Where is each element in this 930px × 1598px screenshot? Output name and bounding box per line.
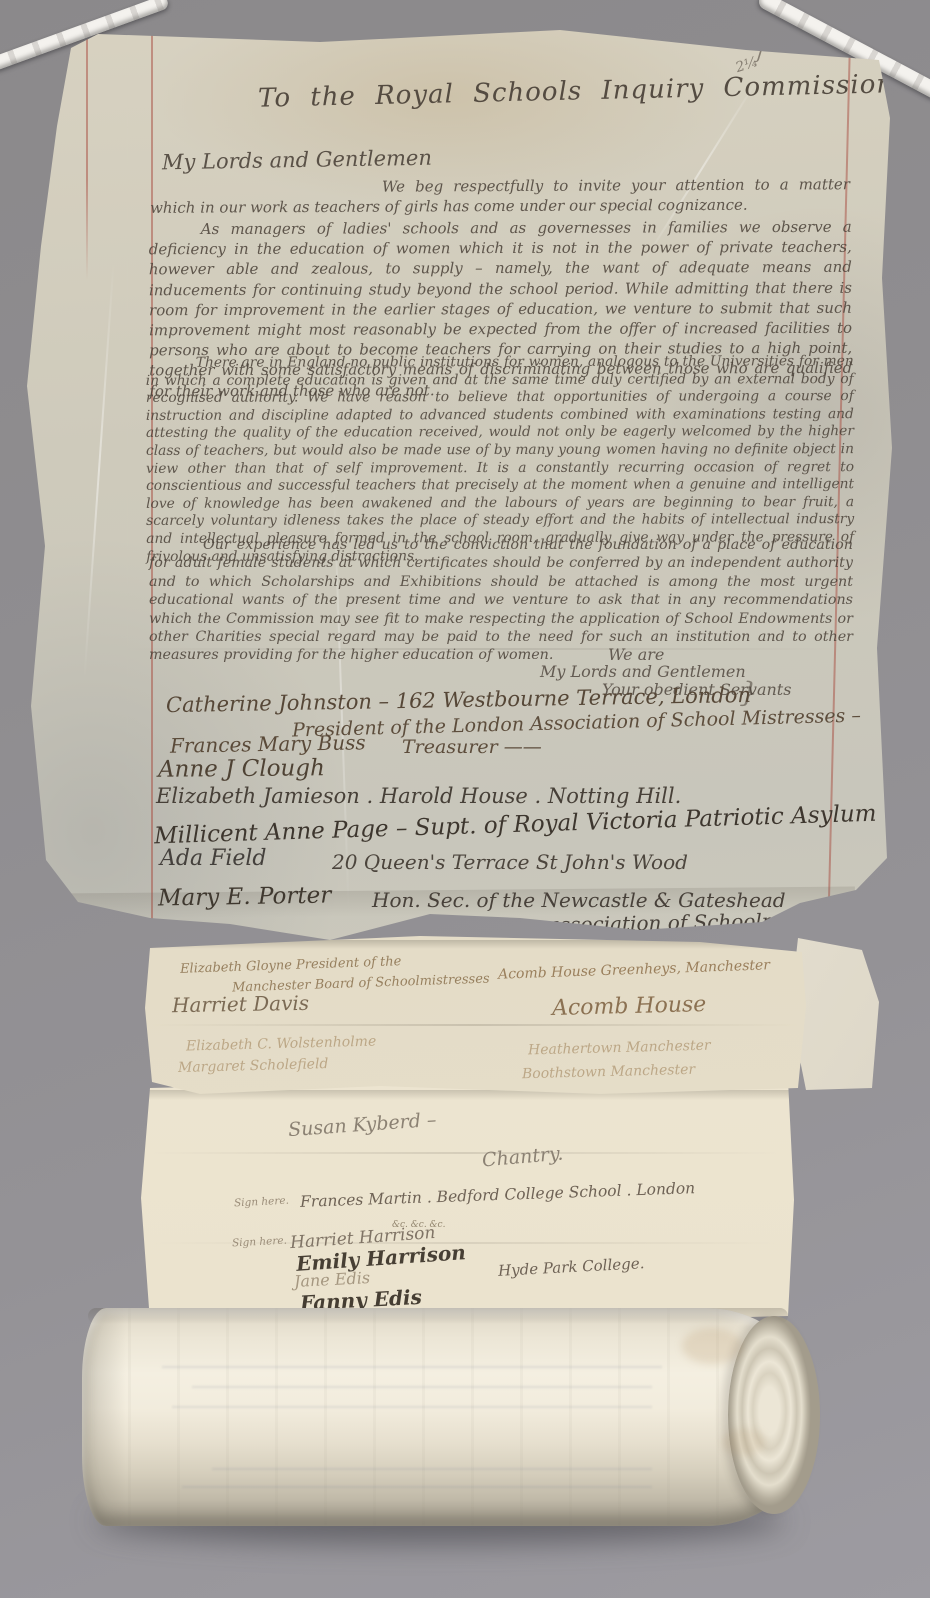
paragraph-3: There are in England no public instituti… <box>146 353 855 566</box>
overlap-shadow <box>88 1308 788 1324</box>
show-through-text-line <box>192 1386 652 1388</box>
document-title: To the Royal Schools Inquiry Commissione… <box>258 68 930 113</box>
red-margin-line-outer-left <box>86 30 88 280</box>
roll-end-cap <box>728 1316 820 1514</box>
signature-scholefield-address: Boothstown Manchester <box>522 1062 695 1083</box>
signature-anne-j-clough: Anne J Clough <box>158 755 325 782</box>
overlap-shadow <box>150 940 800 949</box>
signature-field-address: 20 Queen's Terrace St John's Wood <box>332 850 688 874</box>
signature-elizabeth-wolstenholme: Elizabeth C. Wolstenholme <box>186 1034 377 1055</box>
signature-elizabeth-jamieson: Elizabeth Jamieson . Harold House . Nott… <box>156 784 681 808</box>
show-through-text-line <box>162 1366 662 1368</box>
pencil-flourish-mark: ſ <box>756 42 765 64</box>
signature-kyberd-address: Chantry. <box>481 1142 564 1171</box>
paper-crease <box>150 1024 800 1026</box>
sign-here-label-1: Sign here. <box>234 1195 289 1210</box>
signature-gloyne-address: Acomb House Greenheys, Manchester <box>498 957 770 982</box>
signature-harriet-davis: Harriet Davis <box>172 991 309 1017</box>
paragraph-4: Our experience has led us to the convict… <box>149 536 853 665</box>
valediction-lords: My Lords and Gentlemen <box>540 662 746 681</box>
paper-roll <box>82 1308 816 1526</box>
signature-buss-role: Treasurer —— <box>402 736 542 758</box>
signature-elizabeth-gloyne-line1: Elizabeth Gloyne President of the <box>180 954 402 977</box>
signature-ada-field: Ada Field <box>160 846 267 871</box>
signature-porter-role-line2: association of Schoolmistresses <box>548 907 870 937</box>
photograph-of-petition-document: 2¼ſ To the Royal Schools Inquiry Commiss… <box>0 0 930 1598</box>
signature-porter-role-line1: Hon. Sec. of the Newcastle & Gateshead <box>372 888 786 912</box>
show-through-text-line <box>182 1486 652 1488</box>
signature-frances-mary-buss: Frances Mary Buss <box>170 730 366 757</box>
paper-crease <box>150 1152 780 1154</box>
signature-margaret-scholefield: Margaret Scholefield <box>178 1056 329 1076</box>
paper-stain <box>682 1328 742 1364</box>
sign-here-label-2: Sign here. <box>232 1235 287 1250</box>
signature-college-address: Hyde Park College. <box>498 1254 645 1280</box>
salutation: My Lords and Gentlemen <box>162 146 432 175</box>
signature-mary-e-porter: Mary E. Porter <box>158 882 332 911</box>
signature-susan-kyberd: Susan Kyberd – <box>287 1109 437 1141</box>
show-through-text-line <box>172 1406 652 1408</box>
signature-davis-address: Acomb House <box>552 992 707 1021</box>
signature-wolstenholme-address: Heathertown Manchester <box>528 1038 711 1059</box>
paper-crease <box>83 260 114 679</box>
signature-frances-martin: Frances Martin . Bedford College School … <box>300 1179 696 1211</box>
paragraph-1: We beg respectfully to invite your atten… <box>150 174 850 218</box>
show-through-text-line <box>212 1468 652 1470</box>
